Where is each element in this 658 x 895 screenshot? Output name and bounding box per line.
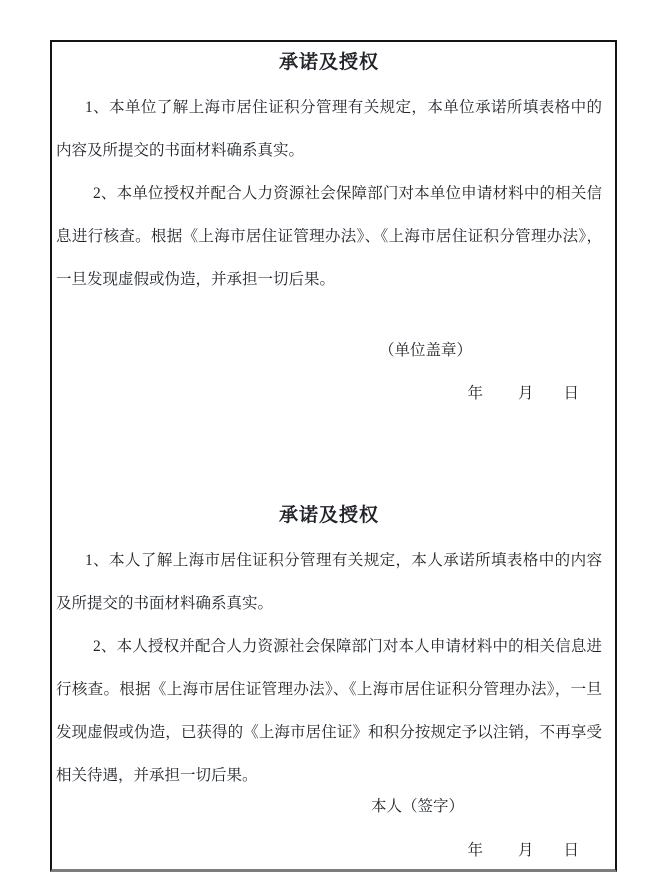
month-label: 月 bbox=[518, 385, 534, 402]
paragraph-person-1: 1、本人了解上海市居住证积分管理有关规定，本人承诺所填表格中的内容及所提交的书面… bbox=[56, 539, 602, 625]
section-title-person: 承诺及授权 bbox=[56, 503, 602, 529]
month-label: 月 bbox=[518, 842, 534, 859]
year-label: 年 bbox=[467, 385, 483, 402]
date-line-unit: 年月日 bbox=[56, 372, 602, 415]
year-label: 年 bbox=[467, 842, 483, 859]
paragraph-unit-1: 1、本单位了解上海市居住证积分管理有关规定，本单位承诺所填表格中的内容及所提交的… bbox=[56, 86, 602, 172]
unit-seal-label: （单位盖章） bbox=[56, 329, 602, 372]
paragraph-unit-2: 2、本单位授权并配合人力资源社会保障部门对本单位申请材料中的相关信息进行核查。根… bbox=[56, 172, 602, 301]
section-title-unit: 承诺及授权 bbox=[56, 50, 602, 76]
day-label: 日 bbox=[563, 842, 579, 859]
document-page: 承诺及授权 1、本单位了解上海市居住证积分管理有关规定，本单位承诺所填表格中的内… bbox=[50, 40, 617, 872]
date-line-person: 年月日 bbox=[56, 829, 602, 872]
paragraph-person-2: 2、本人授权并配合人力资源社会保障部门对本人申请材料中的相关信息进行核查。根据《… bbox=[56, 625, 602, 797]
day-label: 日 bbox=[563, 385, 579, 402]
